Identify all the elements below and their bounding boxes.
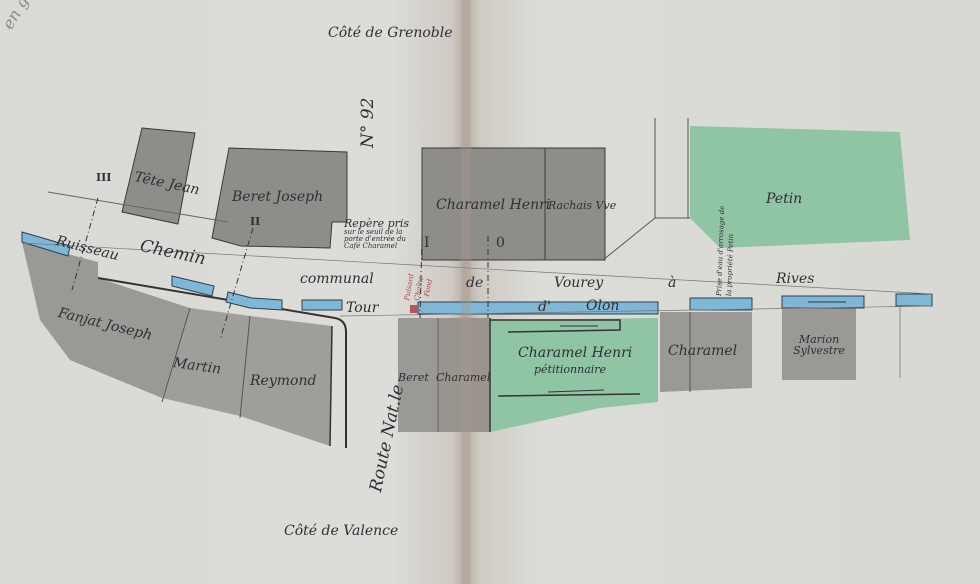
olon-label-b: Olon bbox=[586, 299, 619, 313]
owner-petitionnaire-note: pétitionnaire bbox=[534, 364, 606, 375]
stream-segment-3 bbox=[302, 300, 342, 310]
stream-segment-2 bbox=[226, 292, 282, 310]
map-drawing bbox=[0, 0, 980, 584]
owner-petin: Petin bbox=[766, 192, 802, 206]
chemin-label-4: Vourey bbox=[554, 276, 603, 290]
owner-charamel-south: Charamel bbox=[436, 372, 490, 383]
section-marker-iii: III bbox=[96, 172, 111, 183]
owner-charamel-henri-south: Charamel Henri bbox=[518, 346, 632, 360]
benchmark-marker bbox=[410, 305, 418, 313]
section-marker-i: I bbox=[424, 236, 430, 250]
stream-segment-petin-intake bbox=[690, 298, 752, 310]
chemin-label-6: Rives bbox=[776, 272, 814, 286]
stream-segment-1 bbox=[172, 276, 214, 296]
tour-label: Tour bbox=[346, 301, 378, 315]
chemin-label-5: à bbox=[668, 276, 676, 290]
road-number-label: N° 92 bbox=[360, 98, 377, 148]
olon-label-a: d' bbox=[538, 300, 551, 314]
chemin-label-3: de bbox=[466, 276, 483, 290]
owner-beret-joseph: Beret Joseph bbox=[232, 190, 323, 204]
chemin-label-2: communal bbox=[300, 272, 374, 286]
benchmark-line-3: Café Charamel bbox=[344, 243, 409, 250]
stream-segment-east bbox=[896, 294, 932, 306]
owner-beret-south: Beret bbox=[398, 372, 429, 383]
owner-charamel-east: Charamel bbox=[668, 344, 737, 358]
owner-reymond: Reymond bbox=[250, 374, 316, 388]
owner-marion: Marion Sylvestre bbox=[784, 334, 854, 356]
owner-rachais: Rachais Vve bbox=[548, 200, 616, 211]
section-marker-ii: II bbox=[250, 216, 260, 227]
owner-charamel-henri-north: Charamel Henri bbox=[436, 198, 550, 212]
cadastral-map: Côté de Grenoble Côté de Valence en gran… bbox=[0, 0, 980, 584]
section-marker-0: 0 bbox=[496, 236, 505, 250]
orientation-north-label: Côté de Grenoble bbox=[328, 26, 453, 40]
orientation-south-label: Côté de Valence bbox=[284, 524, 398, 538]
benchmark-note: Repère pris sur le seuil de la porte d'e… bbox=[344, 218, 409, 250]
